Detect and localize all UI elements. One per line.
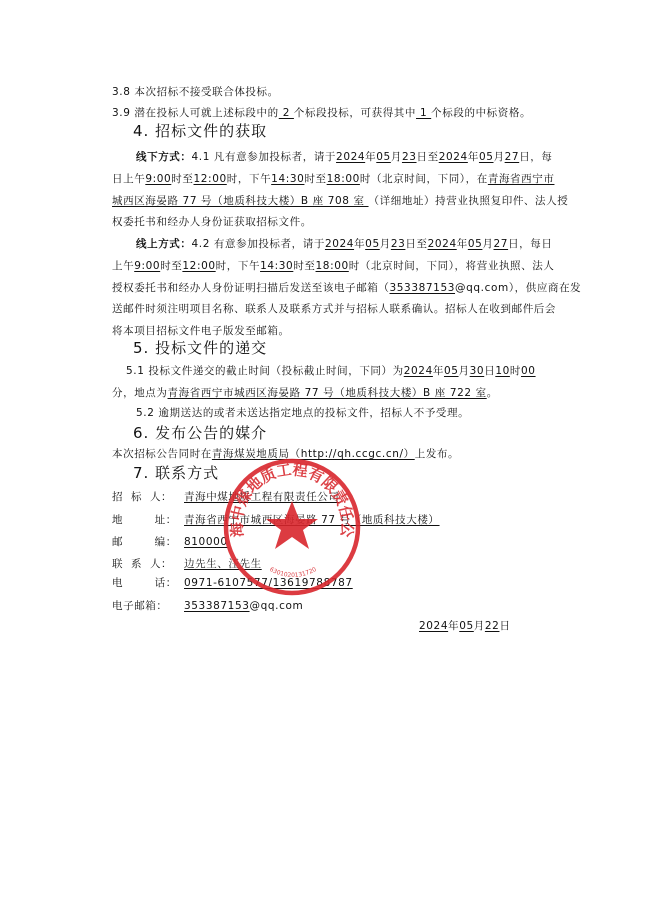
- contact-value: 边先生、汪先生: [184, 558, 262, 570]
- text: 3.9 潜在投标人可就上述标段中的: [112, 107, 279, 119]
- date: 05: [444, 365, 459, 377]
- text: 日: [484, 365, 495, 377]
- text: 个标段投标，可获得其中: [294, 107, 416, 119]
- contact-value: 青海中煤地质工程有限责任公司: [184, 491, 339, 503]
- text: @qq.com），供应商在发: [455, 282, 581, 294]
- text: 时至: [293, 260, 315, 272]
- date: 05: [376, 151, 391, 163]
- text: 时，下午: [216, 260, 260, 272]
- text: 个标段的中标资格。: [431, 107, 531, 119]
- contact-label: 电 话：: [112, 576, 184, 590]
- date: 2024: [404, 365, 433, 377]
- contact-label: 邮 编：: [112, 535, 184, 549]
- address: 青海省西宁市: [488, 173, 555, 185]
- time: 14:30: [260, 260, 293, 272]
- item-5-1-line-1: 5.1 投标文件递交的截止时间（投标截止时间，下同）为2024年05月30日10…: [126, 364, 536, 378]
- media-link[interactable]: 青海煤炭地质局（http://qh.ccgc.cn/）: [212, 448, 415, 460]
- offline-line-2: 日上午9:00时至12:00时，下午14:30时至18:00时（北京时间，下同）…: [112, 172, 554, 186]
- section-4-heading: 4. 招标文件的获取: [133, 122, 267, 140]
- item-5-2: 5.2 逾期送达的或者未送达指定地点的投标文件，招标人不予受理。: [136, 406, 469, 420]
- date: 27: [505, 151, 520, 163]
- date: 2024: [439, 151, 468, 163]
- contact-value: 0971-6107577/13619788787: [184, 577, 353, 589]
- time: 14:30: [271, 173, 304, 185]
- address: 青海省西宁市城西区海晏路 77 号（地质科技大楼）B 座 722 室: [168, 387, 487, 399]
- online-line-1: 线上方式：4.2 有意参加投标者，请于2024年05月23日至2024年05月2…: [136, 237, 552, 251]
- text: 时至: [160, 260, 182, 272]
- offline-line-4: 权委托书和经办人身份证获取招标文件。: [112, 215, 312, 229]
- text: 月: [482, 238, 493, 250]
- email-link[interactable]: 353387153: [390, 282, 456, 294]
- text: 分，地点为: [112, 387, 168, 399]
- offline-line-3: 城西区海晏路 77 号（地质科技大楼）B 座 708 室 （详细地址）持营业执照…: [112, 194, 568, 208]
- time: 18:00: [316, 260, 349, 272]
- lot-count: 2: [279, 107, 294, 119]
- time: 9:00: [145, 173, 171, 185]
- text: 时（北京时间，下同），在: [360, 173, 488, 185]
- address: 城西区海晏路 77 号（地质科技大楼）B 座 708 室: [112, 195, 369, 207]
- text: 上午: [112, 260, 134, 272]
- contact-label: 联 系 人：: [112, 557, 184, 571]
- date: 23: [402, 151, 417, 163]
- text: 5.1 投标文件递交的截止时间（投标截止时间，下同）为: [126, 365, 404, 377]
- text: 月: [459, 365, 470, 377]
- item-3-9: 3.9 潜在投标人可就上述标段中的 2 个标段投标，可获得其中 1 个标段的中标…: [112, 106, 531, 120]
- section-7-heading: 7. 联系方式: [133, 464, 219, 482]
- item-5-1-line-2: 分，地点为青海省西宁市城西区海晏路 77 号（地质科技大楼）B 座 722 室。: [112, 386, 498, 400]
- text: 3.8 本次招标不接受联合体投标。: [112, 86, 279, 98]
- online-line-4: 送邮件时须注明项目名称、联系人及联系方式并与招标人联系确认。招标人在收到邮件后会: [112, 302, 556, 316]
- contact-label: 招 标 人：: [112, 490, 184, 504]
- date: 2024: [419, 620, 448, 632]
- signature-date: 2024年05月22日: [419, 619, 511, 633]
- contact-value: @qq.com: [250, 600, 304, 612]
- text: 时（北京时间，下同），将营业执照、法人: [349, 260, 555, 272]
- online-line-3: 授权委托书和经办人身份证明扫描后发送至该电子邮箱（353387153@qq.co…: [112, 281, 581, 295]
- date: 2024: [428, 238, 457, 250]
- text: 时，下午: [227, 173, 271, 185]
- date: 27: [494, 238, 509, 250]
- section-5-heading: 5. 投标文件的递交: [133, 339, 267, 357]
- text: 日至: [417, 151, 439, 163]
- text: 4.2 有意参加投标者，请于: [192, 238, 325, 250]
- text: 月: [380, 238, 391, 250]
- text: 本次招标公告同时在: [112, 448, 212, 460]
- contact-label: 地 址：: [112, 513, 184, 527]
- time: 9:00: [134, 260, 160, 272]
- text: 日: [499, 620, 510, 632]
- email-link[interactable]: 353387153: [184, 600, 250, 612]
- time: 10: [495, 365, 510, 377]
- text: 。: [487, 387, 498, 399]
- offline-label: 线下方式：: [136, 151, 192, 163]
- contact-row-person: 联 系 人：边先生、汪先生: [112, 557, 262, 571]
- time: 12:00: [194, 173, 227, 185]
- date: 23: [391, 238, 406, 250]
- date: 05: [365, 238, 380, 250]
- contact-row-postcode: 邮 编：810000: [112, 535, 228, 549]
- text: 日，每: [519, 151, 552, 163]
- date: 22: [485, 620, 500, 632]
- text: 日至: [405, 238, 427, 250]
- win-count: 1: [416, 107, 431, 119]
- text: 时至: [171, 173, 193, 185]
- document-page: 3.8 本次招标不接受联合体投标。 3.9 潜在投标人可就上述标段中的 2 个标…: [0, 0, 670, 901]
- time: 18:00: [327, 173, 360, 185]
- contact-row-tenderer: 招 标 人：青海中煤地质工程有限责任公司: [112, 490, 339, 504]
- online-line-5: 将本项目招标文件电子版发至邮箱。: [112, 324, 290, 338]
- text: 授权委托书和经办人身份证明扫描后发送至该电子邮箱（: [112, 282, 390, 294]
- date: 05: [479, 151, 494, 163]
- text: 年: [448, 620, 459, 632]
- text: 年: [354, 238, 365, 250]
- time: 00: [521, 365, 536, 377]
- date: 05: [468, 238, 483, 250]
- text: （详细地址）持营业执照复印件、法人授: [369, 195, 569, 207]
- contact-value: 810000: [184, 536, 228, 548]
- text: 月: [474, 620, 485, 632]
- date: 2024: [336, 151, 365, 163]
- section-6-heading: 6. 发布公告的媒介: [133, 424, 267, 442]
- contact-row-address: 地 址：青海省西宁市城西区海晏路 77 号（地质科技大楼）: [112, 513, 440, 527]
- date: 05: [459, 620, 474, 632]
- text: 上发布。: [415, 448, 459, 460]
- media-line: 本次招标公告同时在青海煤炭地质局（http://qh.ccgc.cn/）上发布。: [112, 447, 459, 461]
- text: 年: [365, 151, 376, 163]
- item-3-8: 3.8 本次招标不接受联合体投标。: [112, 85, 279, 99]
- contact-row-phone: 电 话：0971-6107577/13619788787: [112, 576, 353, 590]
- date: 30: [470, 365, 485, 377]
- text: 时: [510, 365, 521, 377]
- text: 月: [391, 151, 402, 163]
- online-label: 线上方式：: [136, 238, 192, 250]
- text: 时至: [304, 173, 326, 185]
- text: 年: [468, 151, 479, 163]
- online-line-2: 上午9:00时至12:00时，下午14:30时至18:00时（北京时间，下同），…: [112, 259, 554, 273]
- text: 年: [433, 365, 444, 377]
- text: 月: [494, 151, 505, 163]
- offline-line-1: 线下方式：4.1 凡有意参加投标者，请于2024年05月23日至2024年05月…: [136, 150, 553, 164]
- text: 日上午: [112, 173, 145, 185]
- text: 4.1 凡有意参加投标者，请于: [192, 151, 337, 163]
- date: 2024: [325, 238, 354, 250]
- contact-value: 青海省西宁市城西区海晏路 77 号（地质科技大楼）: [184, 514, 440, 526]
- text: 日，每日: [508, 238, 552, 250]
- contact-row-email: 电子邮箱：353387153@qq.com: [112, 599, 303, 613]
- text: 年: [457, 238, 468, 250]
- time: 12:00: [182, 260, 215, 272]
- contact-label: 电子邮箱：: [112, 599, 184, 613]
